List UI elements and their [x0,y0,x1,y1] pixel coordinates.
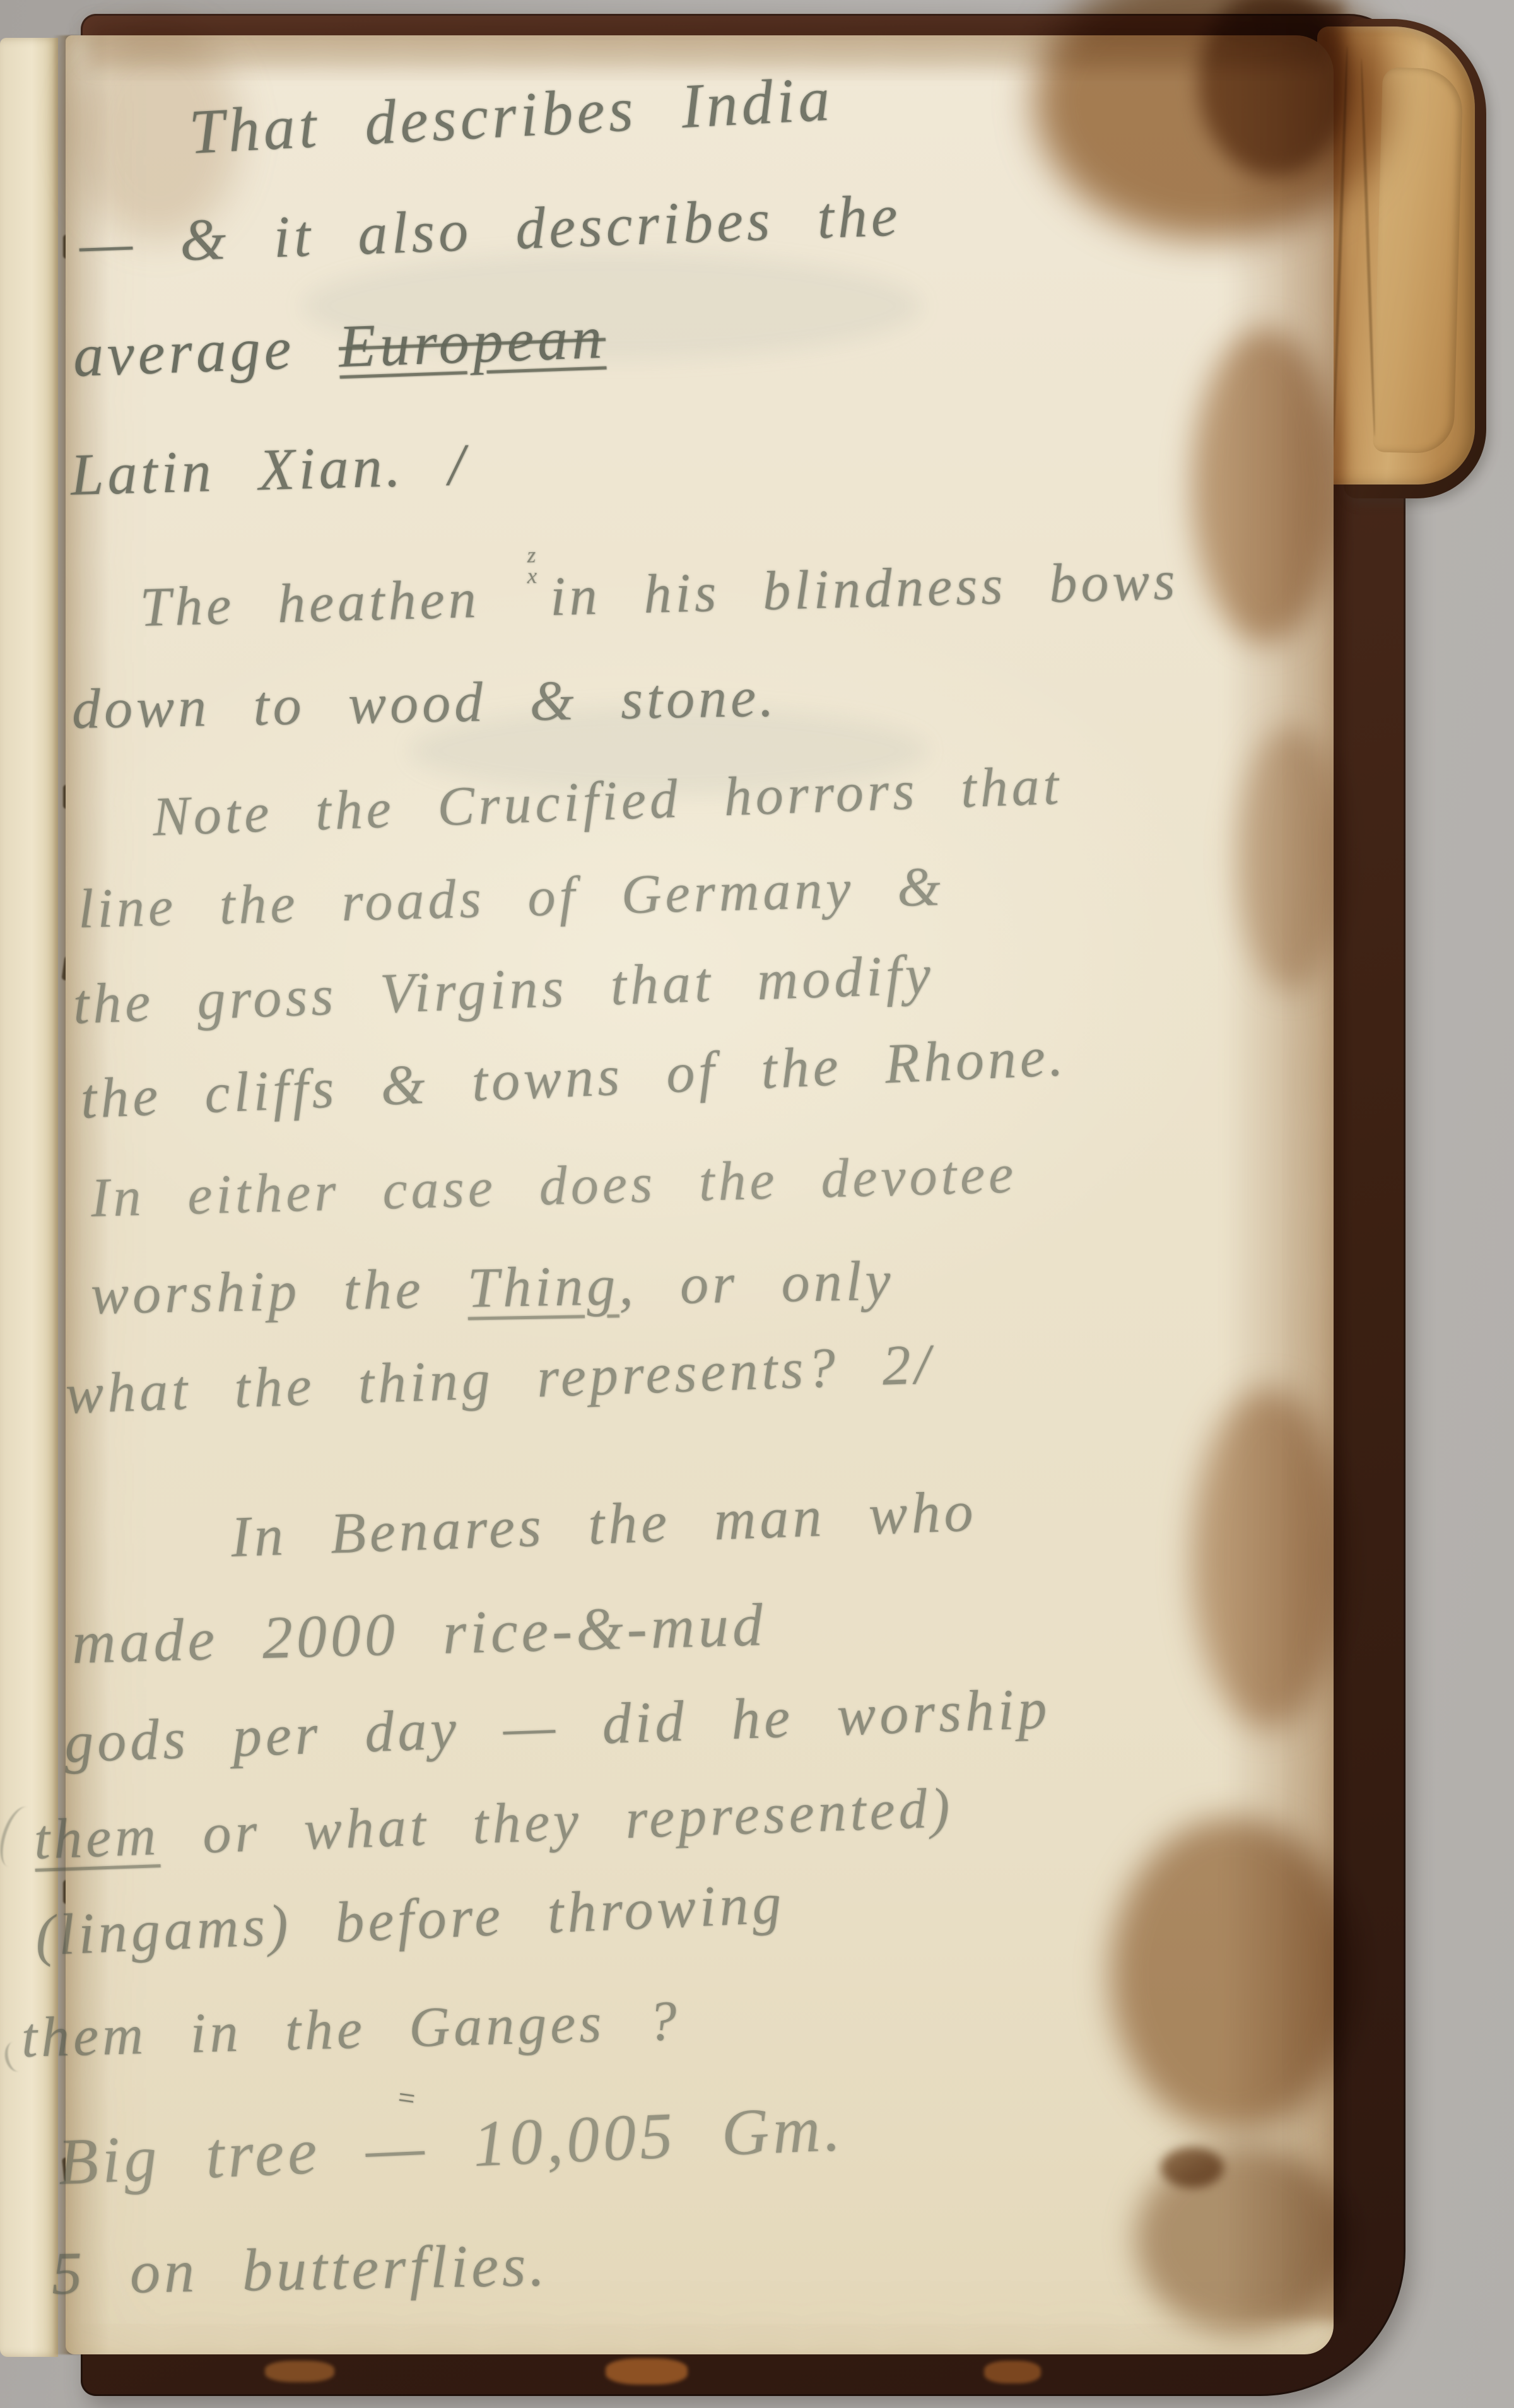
handwritten-line: Latin Xian. / [70,435,469,505]
handwritten-line: them or what they represented) [33,1780,954,1869]
underlined-word: them [33,1804,160,1871]
handwritten-text: Latin Xian. / [70,432,469,508]
handwritten-line: what the thing represents? 2/ [64,1336,935,1423]
handwritten-line: made 2000 rice-&-mud [71,1594,767,1673]
handwritten-line: That describes India [187,68,835,164]
handwritten-text: made 2000 rice-&-mud [71,1590,768,1676]
handwritten-line: them in the Ganges ? [21,1993,681,2067]
handwritten-text: in his blindness bows [549,550,1180,628]
handwritten-text: line the roads of Germany & [78,856,945,940]
handwritten-text: , or only [618,1250,895,1317]
handwritten-text: (lingams) before throwing [34,1871,786,1968]
handwritten-line: The heathen zxin his blindness bows [139,553,1179,636]
insertion-mark: zx [526,544,541,587]
handwritten-text: or what they represented) [158,1777,954,1867]
handwritten-text: 5 on butterflies. [51,2231,549,2307]
handwritten-line: the cliffs & towns of the Rhone. [79,1028,1068,1128]
handwritten-text: the cliffs & towns of the Rhone. [79,1025,1068,1131]
struck-word: European [337,303,607,380]
handwritten-line: In either case does the devotee [90,1147,1018,1226]
handwritten-line: average European [72,307,606,386]
handwritten-line: down to wood & stone. [71,669,778,738]
handwritten-text: average [72,312,340,389]
handwritten-line: (lingams) before throwing [34,1874,786,1965]
handwritten-line: line the roads of Germany & [78,859,945,937]
underlined-word: Thing [467,1254,619,1319]
handwritten-line: In Benares the man who [230,1482,977,1566]
handwritten-text: Note the Crucified horrors that [151,755,1063,848]
handwritten-text: the gross Virgins that modify [72,943,935,1036]
handwritten-text: That describes India [187,64,835,167]
handwritten-text: down to wood & stone. [71,666,778,741]
handwritten-line: gods per day — did he worship [63,1679,1051,1771]
handwritten-line: 5 on butterflies. [51,2235,549,2304]
handwritten-text: worship the [90,1257,468,1326]
handwritten-line: the gross Virgins that modify [72,946,935,1033]
handwritten-text: what the thing represents? 2/ [64,1333,935,1426]
handwritten-text: them in the Ganges ? [21,1990,681,2069]
handwritten-line: Big tree — 10,005 Gm. [57,2096,845,2195]
handwritten-line: Note the Crucified horrors that [151,758,1063,845]
handwriting-layer: That describes India — & it also describ… [0,0,1514,2408]
handwritten-text: — & it also describes the [78,183,902,277]
notebook-photo: { "page": { "lines": [ {"text": "That de… [0,0,1514,2408]
handwritten-text: Big tree — 10,005 Gm. [56,2092,845,2199]
handwritten-line: worship the Thing, or only [90,1253,895,1324]
handwritten-text: In either case does the devotee [90,1144,1018,1229]
handwritten-text: The heathen [139,567,524,638]
handwritten-text: gods per day — did he worship [63,1676,1052,1775]
handwritten-line: — & it also describes the [78,186,901,274]
handwritten-text: In Benares the man who [230,1479,978,1569]
